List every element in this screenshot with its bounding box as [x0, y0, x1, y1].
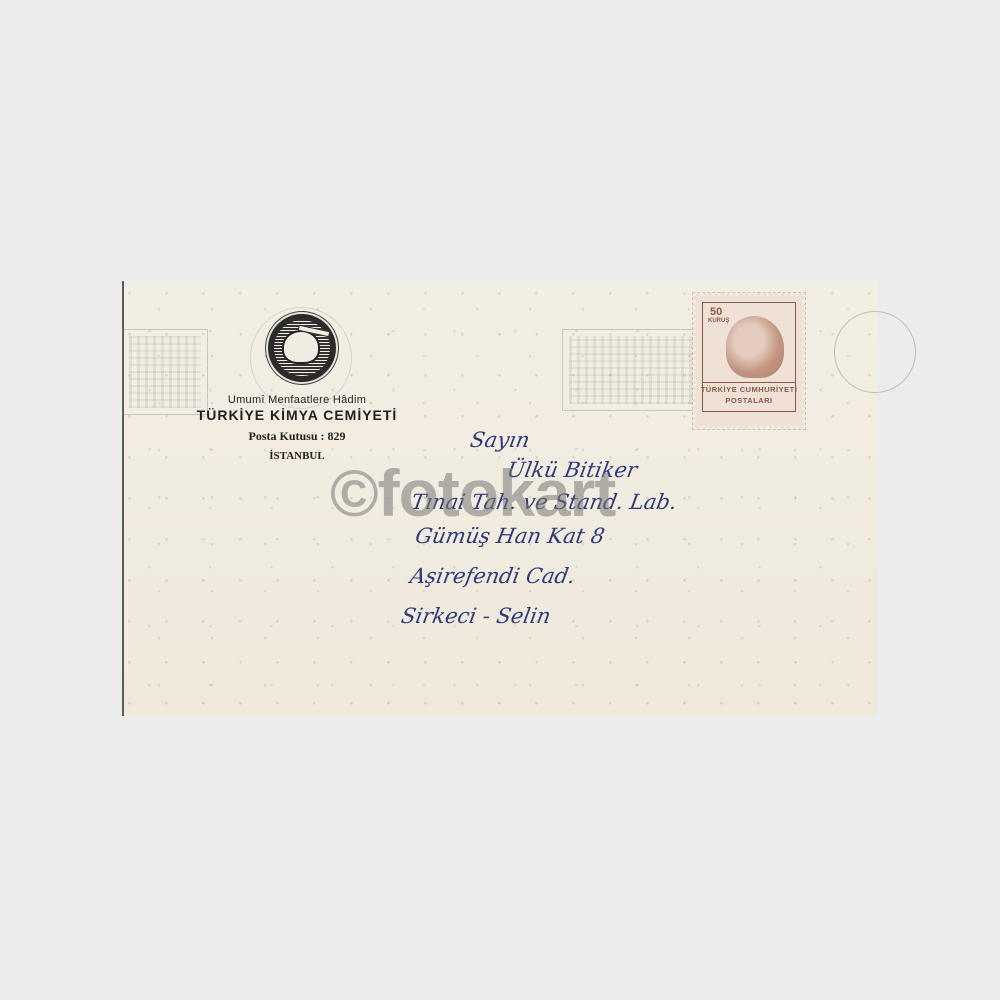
bird-emblem-icon — [268, 314, 336, 382]
sender-po-box: Posta Kutusu : 829 — [172, 429, 422, 444]
postmark-machine-cancel — [562, 329, 704, 411]
address-line: Aşirefendi Cad. — [407, 557, 667, 595]
postmark-circle — [834, 311, 916, 393]
stamp-postal: POSTALARI — [696, 396, 802, 405]
address-line: Sirkeci - Selin — [398, 597, 660, 635]
sender-organization: TÜRKİYE KİMYA CEMİYETİ — [172, 407, 422, 423]
stamp-country: TÜRKİYE CUMHURİYETİ — [696, 385, 802, 394]
stamp-unit: KURUŞ — [708, 318, 729, 324]
stamp-value: 50 — [710, 306, 722, 318]
sender-tagline: Umumî Menfaatlere Hâdim — [172, 394, 422, 406]
portrait-icon — [726, 316, 784, 378]
postage-stamp: 50 KURUŞ TÜRKİYE CUMHURİYETİ POSTALARI — [693, 293, 805, 429]
sender-block: Umumî Menfaatlere Hâdim TÜRKİYE KİMYA CE… — [172, 394, 422, 462]
watermark: ©fotokart — [330, 455, 615, 531]
